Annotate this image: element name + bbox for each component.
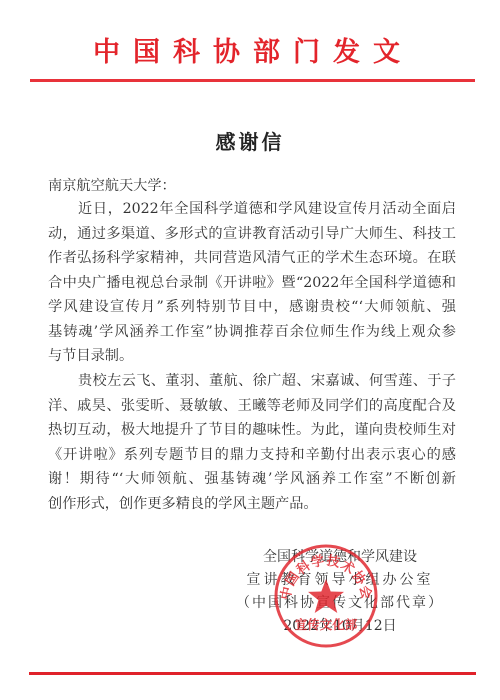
paragraph-line: 合中央广播电视总台录制《开讲啦》暨“2022年全国科学道德和 [48, 271, 456, 296]
salutation: 南京航空航天大学： [48, 176, 176, 196]
letter-title: 感谢信 [0, 128, 500, 156]
paragraph-line: 近日，2022年全国科学道德和学风建设宣传月活动全面启 [48, 197, 456, 222]
red-star-seal-icon: 中国科学技术协会 宣传文化部 [273, 543, 379, 649]
seal-inner-text: 宣传文化部 [295, 617, 358, 632]
paragraph-line: 学风建设宣传月”系列特别节目中，感谢贵校“‘大师领航、强 [48, 295, 456, 320]
body-paragraph-2: 贵校左云飞、董羽、董航、徐广超、宋嘉诚、何雪莲、于子 洋、戚昊、张雯昕、聂敏敏、… [48, 369, 456, 516]
paragraph-line: 洋、戚昊、张雯昕、聂敏敏、王曦等老师及同学们的高度配合及 [48, 394, 456, 419]
body-paragraph-1: 近日，2022年全国科学道德和学风建设宣传月活动全面启 动，通过多渠道、多形式的… [48, 197, 456, 369]
paragraph-line: 基铸魂’学风涵养工作室”协调推荐百余位师生作为线上观众参 [48, 320, 456, 345]
paragraph-line: 谢！期待“‘大师领航、强基铸魂’学风涵养工作室”不断创新 [48, 467, 456, 492]
footer-red-rule [29, 672, 476, 675]
paragraph-line: 《开讲啦》系列专题节目的鼎力支持和辛勤付出表示衷心的感 [48, 443, 456, 468]
paragraph-line: 动，通过多渠道、多形式的宣讲教育活动引导广大师生、科技工 [48, 222, 456, 247]
paragraph-line: 贵校左云飞、董羽、董航、徐广超、宋嘉诚、何雪莲、于子 [48, 369, 456, 394]
paragraph-line: 作者弘扬科学家精神，共同营造风清气正的学术生态环境。在联 [48, 246, 456, 271]
paragraph-line: 创作形式，创作更多精良的学风主题产品。 [48, 492, 456, 517]
masthead-red-rule [30, 79, 475, 82]
paragraph-line: 与节目录制。 [48, 344, 456, 369]
masthead-title: 中国科协部门发文 [0, 36, 500, 70]
paragraph-line: 热切互动，极大地提升了节目的趣味性。为此，谨向贵校师生对 [48, 418, 456, 443]
